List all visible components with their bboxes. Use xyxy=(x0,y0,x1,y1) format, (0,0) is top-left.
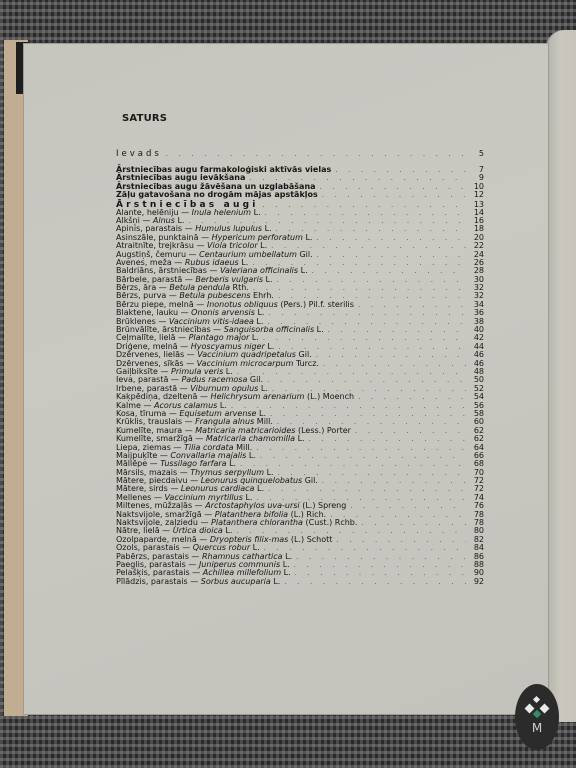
leader-dots xyxy=(237,368,466,376)
page-title: SATURS xyxy=(122,113,167,124)
separator-dash: — xyxy=(188,577,201,586)
leader-dots xyxy=(335,166,466,174)
plant-author: (Pers.) Pil.f. sterilis xyxy=(280,300,354,309)
toc-entry-label: Pīlādzis, parastais — Sorbus aucuparia L… xyxy=(116,578,280,586)
leader-dots xyxy=(240,460,466,468)
table-of-contents: Ievads 5 Ārstniecības augu farmakoloģisk… xyxy=(116,147,484,586)
leader-dots xyxy=(294,561,466,569)
plant-author: Turcz. xyxy=(296,359,319,368)
leader-dots xyxy=(270,410,466,418)
plant-author: Gil. xyxy=(305,476,318,485)
toc-page-number: 92 xyxy=(470,578,484,586)
leader-dots xyxy=(267,376,466,384)
plant-author: L. xyxy=(254,208,261,217)
toc-plant-entry: Pīlādzis, parastais — Sorbus aucuparia L… xyxy=(116,578,484,586)
leader-dots xyxy=(256,444,466,452)
leader-dots xyxy=(296,553,466,561)
leader-dots xyxy=(316,234,466,242)
leader-dots xyxy=(268,485,466,493)
plant-author: (L.) Moench xyxy=(307,392,354,401)
toc-page-number: 5 xyxy=(470,147,484,161)
leader-dots xyxy=(355,427,466,435)
leader-dots xyxy=(253,284,466,292)
plant-author: L. xyxy=(301,266,308,275)
leader-dots xyxy=(277,276,466,284)
plant-author: L. xyxy=(273,577,280,586)
leader-dots xyxy=(358,301,466,309)
toc-entry: Zāļu gatavošana no drogām mājas apstākļo… xyxy=(116,191,484,199)
plant-author: L. xyxy=(284,568,291,577)
plant-author: L. xyxy=(266,275,273,284)
leader-dots xyxy=(358,393,466,401)
plant-author: L. xyxy=(317,325,324,334)
toc-entry-label: Ievads xyxy=(116,147,162,161)
plant-author: Gil. xyxy=(299,250,312,259)
watermark-letter: M xyxy=(532,721,542,735)
leader-dots xyxy=(350,502,466,510)
leader-dots xyxy=(231,402,466,410)
leader-dots xyxy=(166,147,466,161)
toc-page-number: 12 xyxy=(470,191,484,199)
leader-dots xyxy=(322,477,466,485)
plant-author: L. xyxy=(249,451,256,460)
plant-author: (Less.) Porter xyxy=(298,426,351,435)
leader-dots xyxy=(284,578,466,586)
leader-dots xyxy=(322,191,466,199)
leader-dots xyxy=(312,267,466,275)
leader-dots xyxy=(295,569,466,577)
plant-author: L. xyxy=(305,233,312,242)
leader-dots xyxy=(317,251,466,259)
leader-dots xyxy=(328,326,466,334)
watermark-logo: M xyxy=(515,684,559,750)
leader-dots xyxy=(309,435,466,443)
leader-dots xyxy=(323,360,466,368)
toc-entry-intro: Ievads 5 xyxy=(116,147,484,161)
plant-author: L. xyxy=(298,434,305,443)
leader-dots xyxy=(316,351,466,359)
leader-dots xyxy=(264,544,466,552)
plant-latin-name: Inula helenium xyxy=(192,208,251,217)
plant-author: (Cust.) Rchb. xyxy=(305,518,357,527)
leader-dots xyxy=(268,309,466,317)
plant-latin-name: Sorbus aucuparia xyxy=(201,577,271,586)
adjacent-page-edge xyxy=(546,30,576,722)
leader-dots xyxy=(320,183,466,191)
leader-dots xyxy=(265,209,466,217)
leader-dots xyxy=(361,519,466,527)
leader-dots xyxy=(260,452,466,460)
toc-entry-label: Zāļu gatavošana no drogām mājas apstākļo… xyxy=(116,191,318,199)
plant-author: (L.) Schott xyxy=(291,535,333,544)
plant-common-name: Pīlādzis, parastais xyxy=(116,577,188,586)
flower-icon xyxy=(525,699,549,719)
leader-dots xyxy=(263,334,466,342)
plant-author: L. xyxy=(257,484,264,493)
leader-dots xyxy=(336,536,466,544)
